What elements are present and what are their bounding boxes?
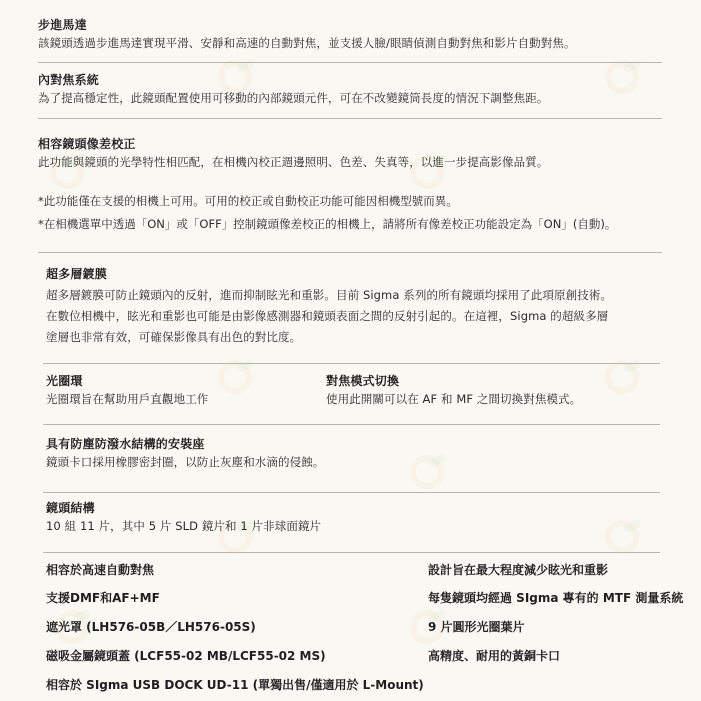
section-title: 鏡頭結構	[46, 500, 321, 516]
spec-item: 每隻鏡頭均經過 SIgma 專有的 MTF 測量系統	[428, 590, 683, 606]
section-focus-mode-switch: 對焦模式切換 使用此開關可以在 AF 和 MF 之間切換對焦模式。	[326, 373, 581, 407]
section-title: 超多層鍍膜	[46, 266, 612, 282]
section-body-line: 塗層也非常有效，可確保影像具有出色的對比度。	[46, 327, 612, 348]
section-body: 為了提高穩定性，此鏡頭配置使用可移動的內部鏡頭元件，可在不改變鏡筒長度的情況下調…	[38, 90, 548, 106]
section-body: 鏡頭卡口採用橡膠密封圈，以防止灰塵和水滴的侵蝕。	[46, 454, 324, 470]
watermark-logo-icon	[605, 360, 639, 394]
divider	[38, 62, 662, 63]
divider	[43, 552, 660, 553]
footnote: *此功能僅在支援的相機上可用。可用的校正或自動校正功能可能因相機型號而異。	[38, 193, 458, 209]
spec-item: 支援DMF和AF+MF	[46, 590, 160, 606]
divider	[43, 492, 660, 493]
spec-item: 9 片圓形光圈葉片	[428, 619, 525, 635]
section-stepping-motor: 步進馬達 該鏡頭透過步進馬達實現平滑、安靜和高速的自動對焦，並支援人臉/眼睛偵測…	[38, 17, 576, 51]
divider	[38, 252, 662, 253]
section-title: 具有防塵防潑水結構的安裝座	[46, 436, 324, 452]
watermark-logo-icon	[605, 520, 639, 554]
watermark-logo-icon	[218, 360, 252, 394]
section-body: 該鏡頭透過步進馬達實現平滑、安靜和高速的自動對焦，並支援人臉/眼睛偵測自動對焦和…	[38, 35, 576, 51]
section-inner-focus: 內對焦系統 為了提高穩定性，此鏡頭配置使用可移動的內部鏡頭元件，可在不改變鏡筒長…	[38, 72, 548, 106]
section-body: 此功能與鏡頭的光學特性相匹配，在相機內校正週邊照明、色差、失真等，以進一步提高影…	[38, 154, 548, 170]
divider	[38, 118, 662, 119]
section-dust-splash-mount: 具有防塵防潑水結構的安裝座 鏡頭卡口採用橡膠密封圈，以防止灰塵和水滴的侵蝕。	[46, 436, 324, 470]
spec-item: 磁吸金屬鏡頭蓋 (LCF55-02 MB/LCF55-02 MS)	[46, 648, 326, 664]
section-aberration-correction: 相容鏡頭像差校正 此功能與鏡頭的光學特性相匹配，在相機內校正週邊照明、色差、失真…	[38, 136, 548, 170]
spec-item: 遮光罩 (LH576-05B／LH576-05S)	[46, 619, 256, 635]
section-body: 10 組 11 片，其中 5 片 SLD 鏡片和 1 片非球面鏡片	[46, 518, 321, 534]
section-body: 超多層鍍膜可防止鏡頭內的反射，進而抑制眩光和重影。目前 Sigma 系列的所有鏡…	[46, 285, 612, 348]
spec-item: 高精度、耐用的黃銅卡口	[428, 648, 560, 664]
section-title: 光圈環	[46, 373, 208, 389]
section-body: 使用此開關可以在 AF 和 MF 之間切換對焦模式。	[326, 391, 581, 407]
footnote: *在相機選單中透過「ON」或「OFF」控制鏡頭像差校正的相機上，請將所有像差校正…	[38, 216, 616, 232]
spec-item: 相容於 SIgma USB DOCK UD-11 (單獨出售/僅適用於 L-Mo…	[46, 677, 424, 693]
section-body-line: 在數位相機中，眩光和重影也可能是由影像感測器和鏡頭表面之間的反射引起的。在這裡，…	[46, 306, 612, 327]
watermark-logo-icon	[410, 455, 444, 489]
section-title: 步進馬達	[38, 17, 576, 33]
section-title: 相容鏡頭像差校正	[38, 136, 548, 152]
section-title: 對焦模式切換	[326, 373, 581, 389]
section-super-multi-layer: 超多層鍍膜 超多層鍍膜可防止鏡頭內的反射，進而抑制眩光和重影。目前 Sigma …	[46, 266, 612, 348]
section-body: 光圈環旨在幫助用戶直觀地工作	[46, 391, 208, 407]
section-body-line: 超多層鍍膜可防止鏡頭內的反射，進而抑制眩光和重影。目前 Sigma 系列的所有鏡…	[46, 285, 612, 306]
section-aperture-ring: 光圈環 光圈環旨在幫助用戶直觀地工作	[46, 373, 208, 407]
divider	[43, 363, 660, 364]
divider	[43, 424, 660, 425]
section-lens-construction: 鏡頭結構 10 組 11 片，其中 5 片 SLD 鏡片和 1 片非球面鏡片	[46, 500, 321, 534]
spec-item: 相容於高速自動對焦	[46, 562, 154, 578]
section-title: 內對焦系統	[38, 72, 548, 88]
spec-item: 設計旨在最大程度減少眩光和重影	[428, 562, 608, 578]
watermark-logo-icon	[605, 60, 639, 94]
